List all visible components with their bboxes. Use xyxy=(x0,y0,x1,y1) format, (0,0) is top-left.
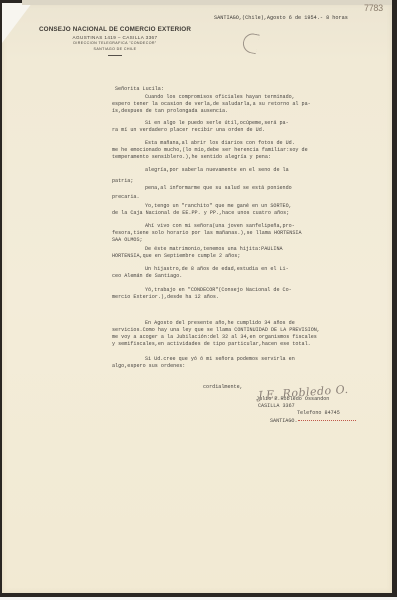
body-line: alegría,por saberla nuevamente en el sen… xyxy=(145,167,289,174)
body-line: me he emocionado mucho,(lo mío,debe ser … xyxy=(112,147,308,154)
sender-city: SANTIAGO. xyxy=(270,418,298,425)
body-line: mercio Exterior.),desde ha 12 años. xyxy=(112,294,219,301)
body-line: ceo Alemán de Santiago. xyxy=(112,273,182,280)
folded-corner xyxy=(2,3,32,43)
sender-box: CASILLA 3367 xyxy=(258,403,295,410)
body-line: patria; xyxy=(112,178,133,185)
letterhead-rule xyxy=(108,55,122,56)
closing: cordialmente, xyxy=(203,384,243,391)
body-line: ra mí un verdadero placer recibir una or… xyxy=(112,127,265,134)
body-line: temperamento sensiblero.),he sentido ale… xyxy=(112,154,271,161)
body-line: SAA OLMOS; xyxy=(112,237,143,244)
body-line: En Agosto del presente año,he cumplido 3… xyxy=(145,320,295,327)
body-line: Cuando los compromisos oficiales hayan t… xyxy=(145,94,295,101)
sender-phone: Telefono 84745 xyxy=(297,410,340,417)
salutation: Señorita Lucila: xyxy=(115,86,164,93)
top-edge-strip xyxy=(22,0,392,5)
body-line: servicios.Como hay una ley que se llama … xyxy=(112,327,320,334)
body-line: espero tener la ocasion de verla,de salu… xyxy=(112,101,311,108)
body-line: pena,al informarme que su salud se está … xyxy=(145,185,292,192)
body-line: Si Ud.cree que yó ó mi señora podemos se… xyxy=(145,356,295,363)
body-line: Ahí vivo con mi señora(una joven sanfeli… xyxy=(145,223,295,230)
letterhead-address: AGUSTINAS 1419 – CASILLA 3367 xyxy=(30,35,200,40)
body-line: precaria. xyxy=(112,194,140,201)
body-line: ís,despues de tan prolongada ausencia. xyxy=(112,108,228,115)
body-line: Yo,tengo un "ranchito" que me gané en un… xyxy=(145,203,292,210)
body-line: HORTENSIA,que en Septiembre cumple 2 año… xyxy=(112,253,240,260)
body-line: Si en algo le puedo serle útil,ocúpeme,s… xyxy=(145,120,289,127)
letterhead-telegraph: DIRECCION TELEGRAFICA "CONDECOR" xyxy=(30,41,200,45)
red-pencil-underline xyxy=(298,418,356,421)
body-line: y semifiscales,en actividades de tipo pa… xyxy=(112,341,311,348)
letter-body: Señorita Lucila: Cuando los compromisos … xyxy=(0,0,6,343)
letterhead-city: SANTIAGO DE CHILE xyxy=(30,47,200,51)
body-line: me voy a acoger a la Jubilación:del 32 a… xyxy=(112,334,317,341)
body-line: algo,espero sus ordenes: xyxy=(112,363,185,370)
body-line: De éste matrimonio,tenemos una hijita:PA… xyxy=(145,246,283,253)
letterhead-organization: CONSEJO NACIONAL DE COMERCIO EXTERIOR xyxy=(30,26,200,33)
body-line: Un hijastro,de 8 años de edad,estudia en… xyxy=(145,266,289,273)
dateline: SANTIAGO,(Chile),Agosto 6 de 1954.- 8 ho… xyxy=(214,15,348,21)
body-line: Yó,trabajo en "CONDECOR"(Consejo Naciona… xyxy=(145,287,292,294)
body-line: de la Caja Nacional de EE.PP. y PP.,hace… xyxy=(112,210,289,217)
body-line: fesora,tiene solo horario por las mañana… xyxy=(112,230,302,237)
letterhead: CONSEJO NACIONAL DE COMERCIO EXTERIOR AG… xyxy=(30,26,200,56)
archive-number: 7783 xyxy=(364,3,383,13)
body-line: Esta mañana,al abrir los diarios con fot… xyxy=(145,140,295,147)
